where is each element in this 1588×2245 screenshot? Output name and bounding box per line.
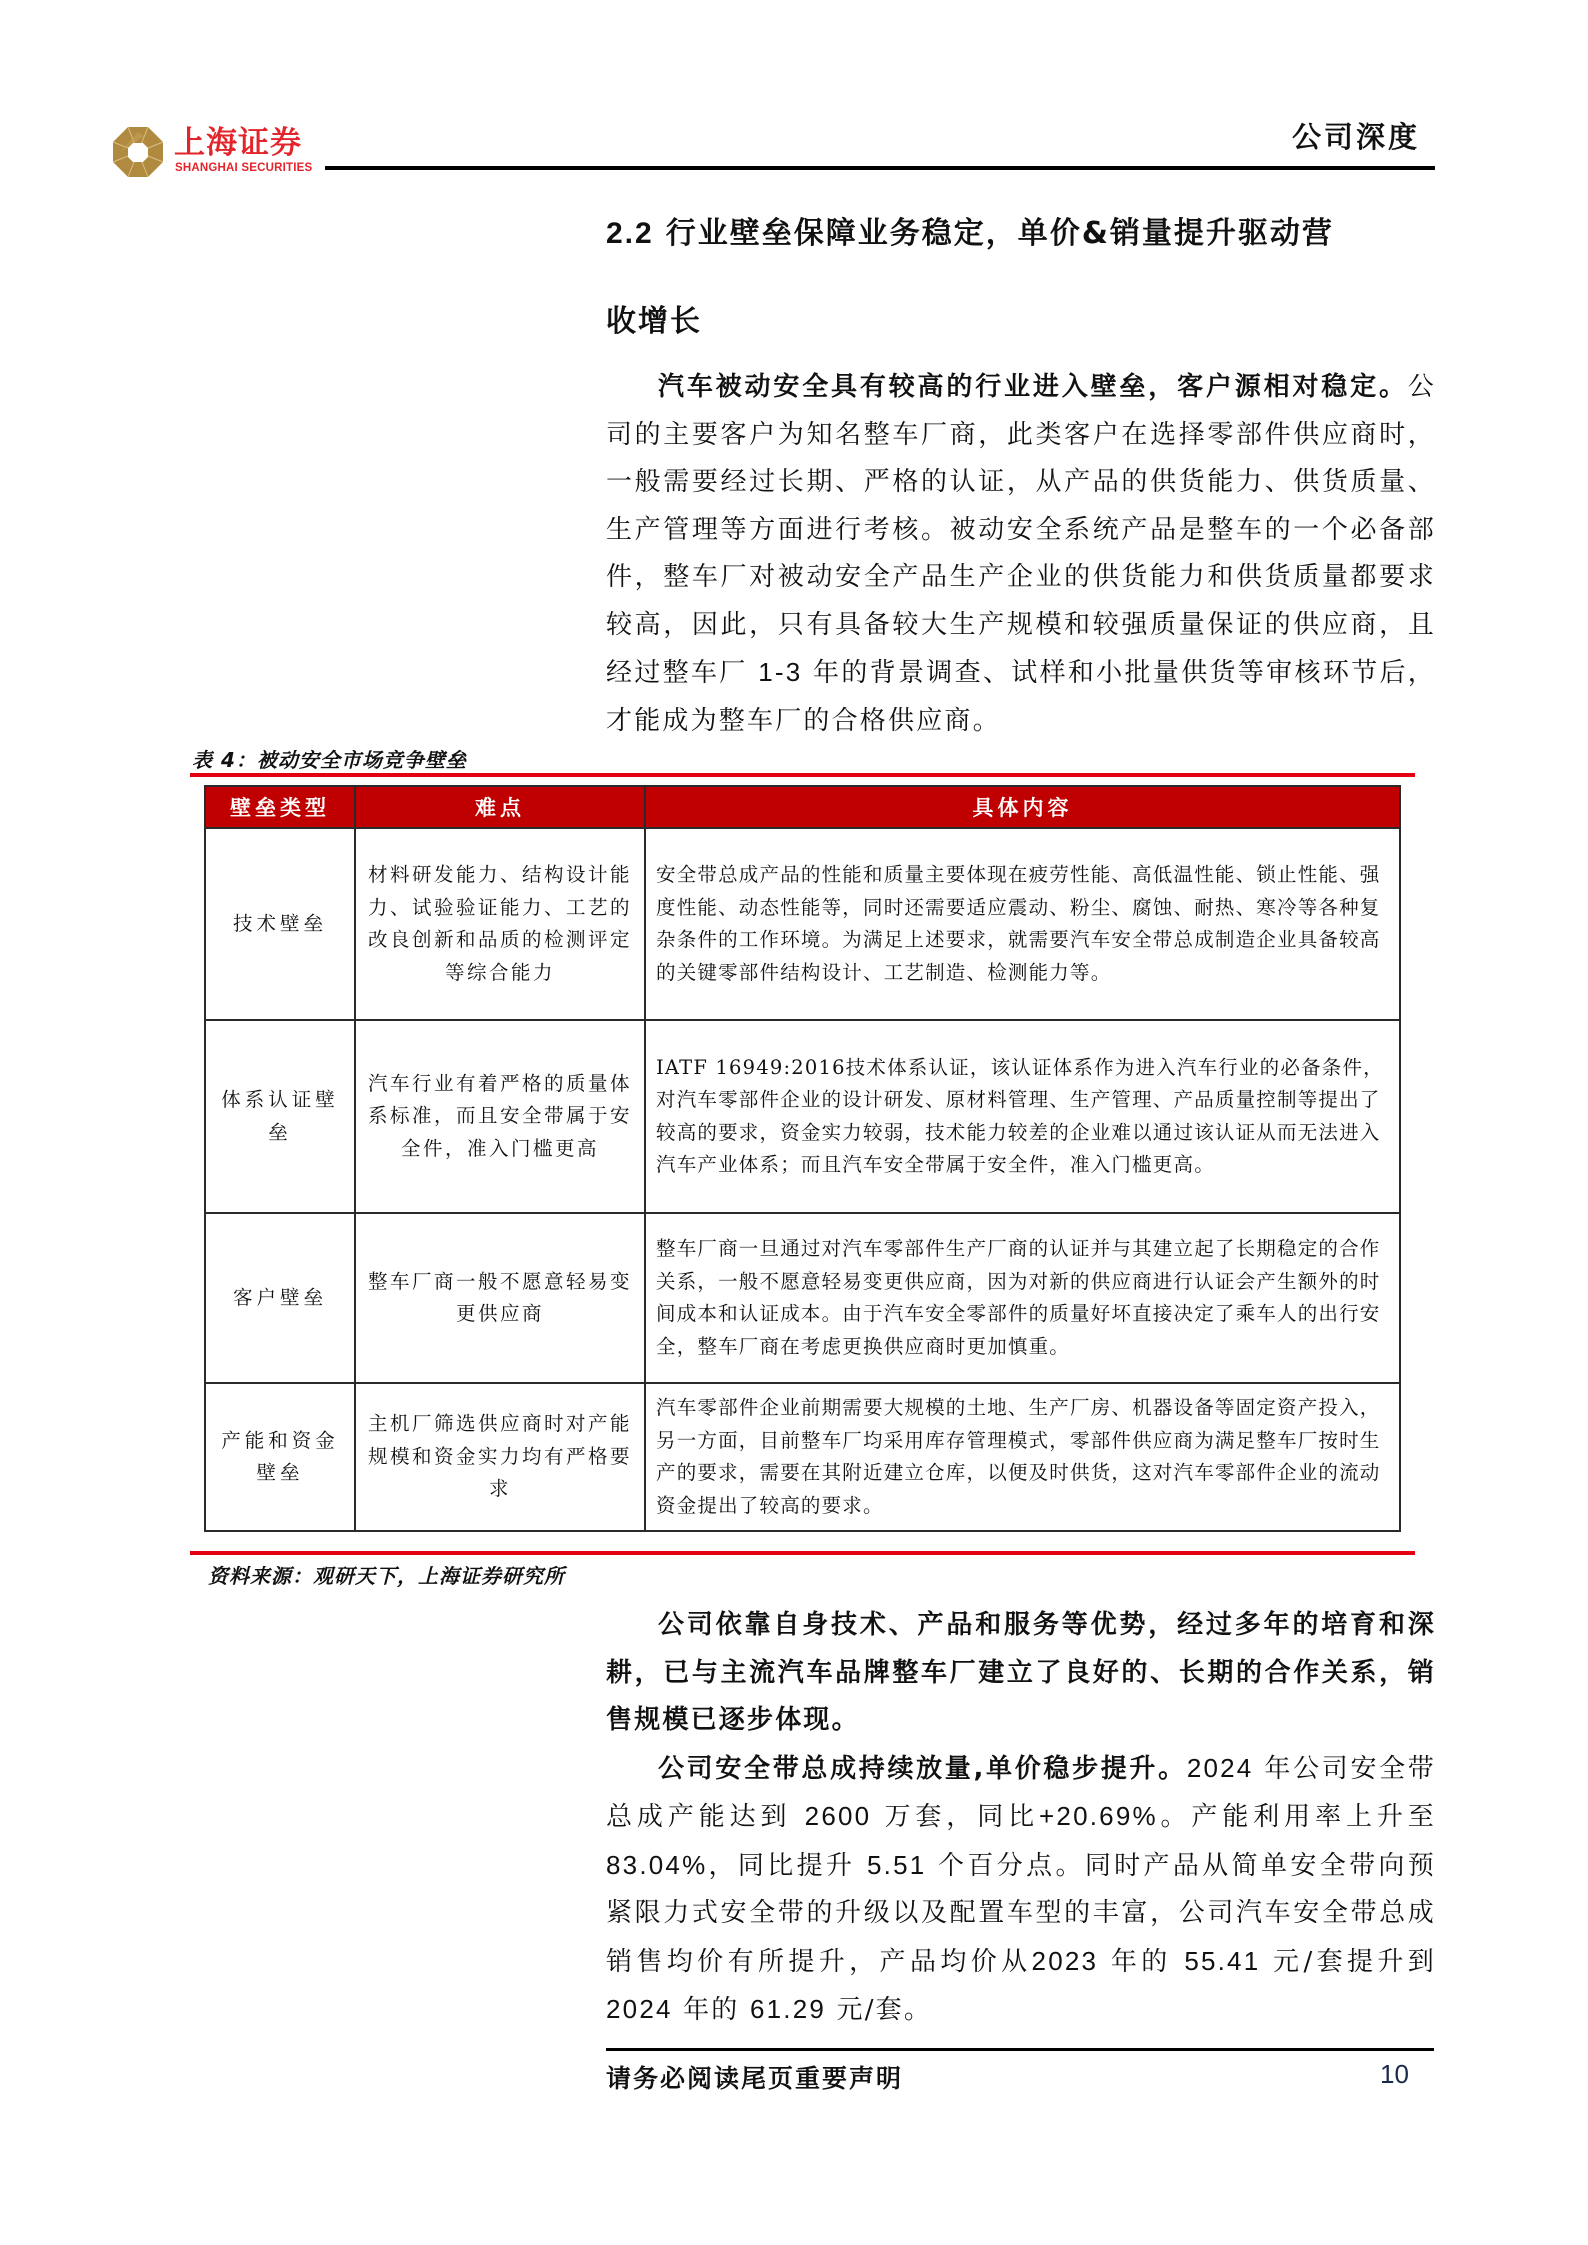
utilization-delta: 5.51 [867, 1850, 926, 1880]
capacity-yoy: +20.69% [1039, 1801, 1158, 1831]
table-bottom-rule [190, 1551, 1415, 1555]
page-number: 10 [1380, 2059, 1409, 2090]
barriers-table: 壁垒类型 难点 具体内容 技术壁垒 材料研发能力、结构设计能力、试验验证能力、工… [204, 785, 1401, 1532]
capacity-value: 2600 [805, 1801, 872, 1831]
utilization-value: 83.04% [606, 1850, 707, 1880]
table-row: 产能和资金壁垒 主机厂筛选供应商时对产能规模和资金实力均有严格要求 汽车零部件企… [205, 1383, 1400, 1531]
intro-paragraph: 汽车被动安全具有较高的行业进入壁垒，客户源相对稳定。公司的主要客户为知名整车厂商… [606, 364, 1436, 745]
table-header-row: 壁垒类型 难点 具体内容 [205, 786, 1400, 828]
barrier-type: 体系认证壁垒 [205, 1020, 355, 1213]
table-row: 客户壁垒 整车厂商一般不愿意轻易变更供应商 整车厂商一旦通过对汽车零部件生产厂商… [205, 1213, 1400, 1383]
col-header-type: 壁垒类型 [205, 786, 355, 828]
body-paragraphs: 公司依靠自身技术、产品和服务等优势，经过多年的培育和深耕，已与主流汽车品牌整车厂… [606, 1602, 1436, 2035]
price-2024: 61.29 [750, 1994, 826, 2024]
section-number: 2.2 [606, 217, 654, 250]
section-heading: 2.2行业壁垒保障业务稳定，单价&销量提升驱动营 收增长 [606, 190, 1436, 366]
table-caption: 表 4：被动安全市场竞争壁垒 [192, 744, 467, 773]
barrier-difficulty: 汽车行业有着严格的质量体系标准，而且安全带属于安全件，准入门槛更高 [355, 1020, 645, 1213]
barrier-difficulty: 材料研发能力、结构设计能力、试验验证能力、工艺的改良创新和品质的检测评定等综合能… [355, 828, 645, 1020]
price-2023: 55.41 [1184, 1946, 1260, 1976]
header-divider [325, 166, 1435, 170]
barrier-type: 产能和资金壁垒 [205, 1383, 355, 1531]
barrier-type: 客户壁垒 [205, 1213, 355, 1383]
section-heading-line1: 2.2行业壁垒保障业务稳定，单价&销量提升驱动营 [606, 190, 1436, 278]
col-header-detail: 具体内容 [645, 786, 1400, 828]
table-row: 技术壁垒 材料研发能力、结构设计能力、试验验证能力、工艺的改良创新和品质的检测评… [205, 828, 1400, 1020]
barrier-detail: 安全带总成产品的性能和质量主要体现在疲劳性能、高低温性能、锁止性能、强度性能、动… [645, 828, 1400, 1020]
barrier-detail: IATF 16949:2016技术体系认证，该认证体系作为进入汽车行业的必备条件… [645, 1020, 1400, 1213]
report-type-label: 公司深度 [1292, 115, 1420, 156]
intro-lead-bold: 汽车被动安全具有较高的行业进入壁垒，客户源相对稳定。 [658, 372, 1408, 402]
logo-english-name: SHANGHAI SECURITIES [175, 162, 312, 174]
logo-chinese-name: 上海证券 [174, 124, 302, 162]
col-header-difficulty: 难点 [355, 786, 645, 828]
disclaimer-note: 请务必阅读尾页重要声明 [606, 2059, 903, 2095]
footer-divider [606, 2048, 1434, 2051]
shanghai-securities-logo: 上海证券 SHANGHAI SECURITIES [112, 124, 312, 180]
barrier-detail: 汽车零部件企业前期需要大规模的土地、生产厂房、机器设备等固定资产投入，另一方面，… [645, 1383, 1400, 1531]
pricing-lead-bold: 公司安全带总成持续放量,单价稳步提升。 [658, 1754, 1187, 1784]
barrier-type: 技术壁垒 [205, 828, 355, 1020]
octagon-logo-icon [112, 126, 164, 178]
table-source-note: 资料来源：观研天下，上海证券研究所 [208, 1560, 565, 1589]
barrier-difficulty: 整车厂商一般不愿意轻易变更供应商 [355, 1213, 645, 1383]
table-top-rule [190, 773, 1415, 777]
section-heading-line2: 收增长 [606, 278, 1436, 366]
partnership-paragraph: 公司依靠自身技术、产品和服务等优势，经过多年的培育和深耕，已与主流汽车品牌整车厂… [606, 1602, 1436, 1745]
barrier-detail: 整车厂商一旦通过对汽车零部件生产厂商的认证并与其建立起了长期稳定的合作关系，一般… [645, 1213, 1400, 1383]
table-row: 体系认证壁垒 汽车行业有着严格的质量体系标准，而且安全带属于安全件，准入门槛更高… [205, 1020, 1400, 1213]
pricing-paragraph: 公司安全带总成持续放量,单价稳步提升。2024 年公司安全带总成产能达到 260… [606, 1745, 1436, 2035]
barrier-difficulty: 主机厂筛选供应商时对产能规模和资金实力均有严格要求 [355, 1383, 645, 1531]
